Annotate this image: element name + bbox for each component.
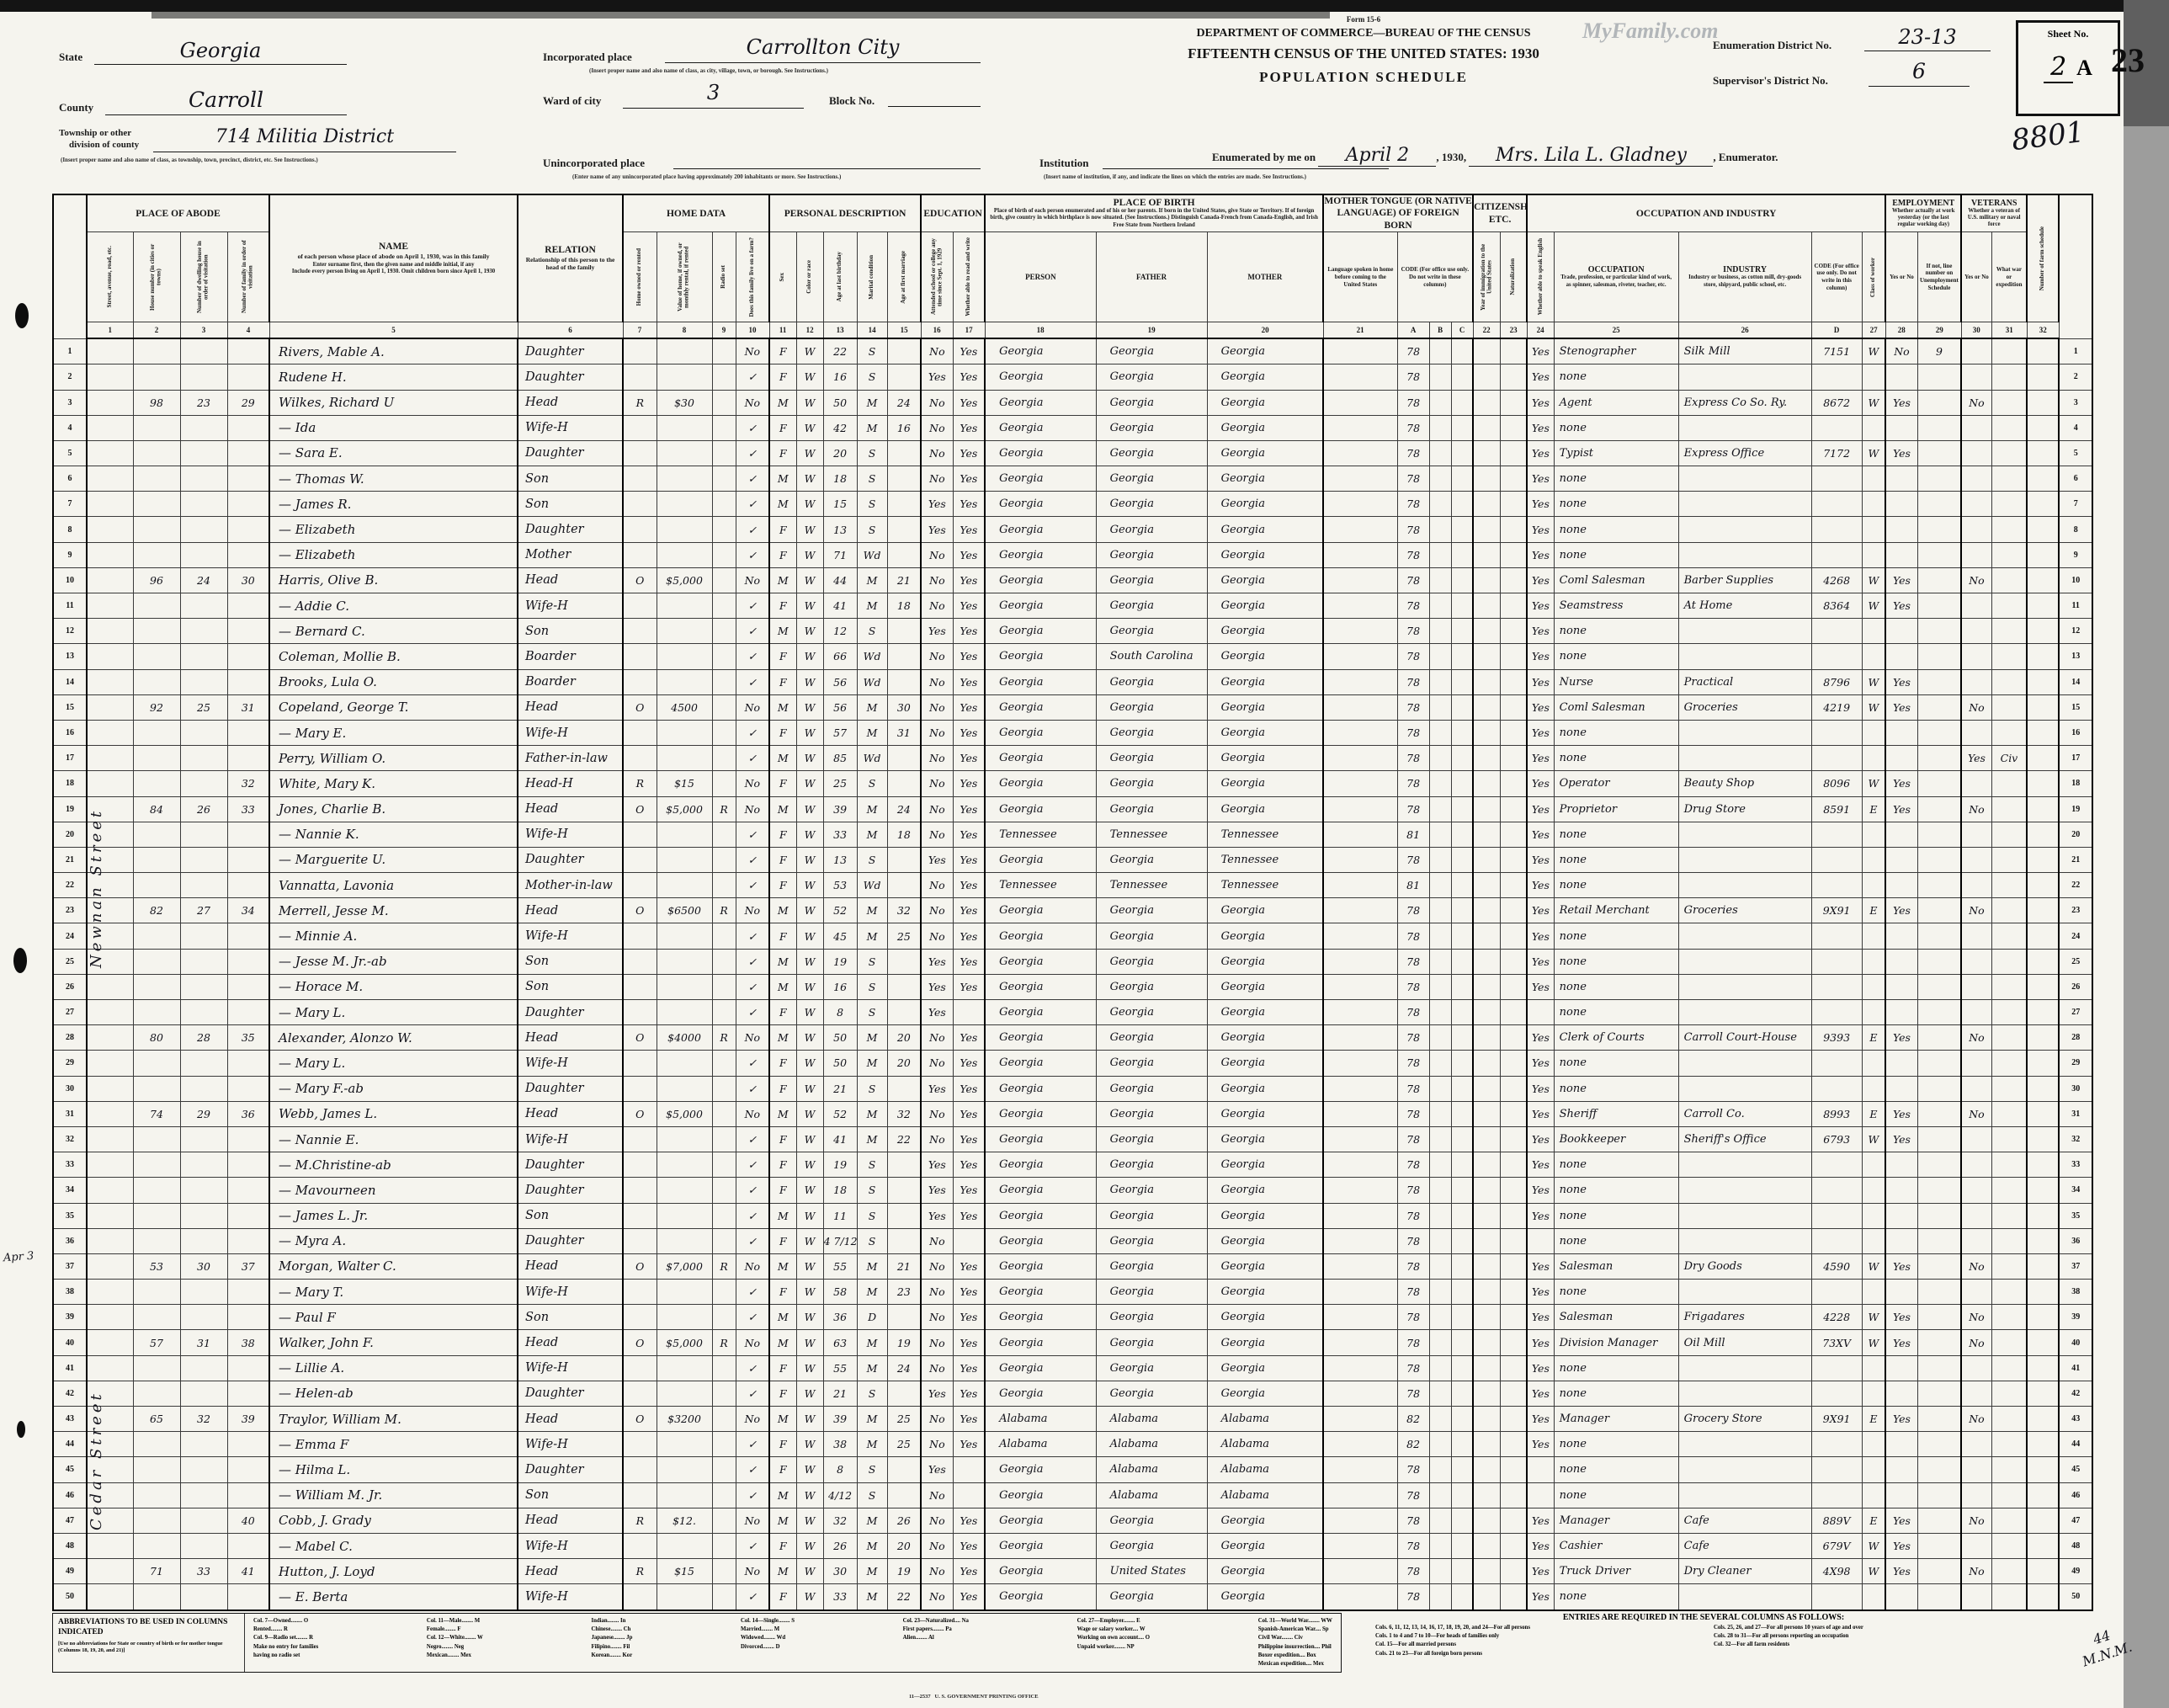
cell [2027, 873, 2059, 898]
cell: Yes [1527, 1355, 1554, 1381]
table-row: 20— Nannie K.Wife-H✓FW33M18NoYesTennesse… [53, 822, 2092, 847]
cell [1811, 1076, 1862, 1101]
cell: M [857, 1559, 887, 1584]
cell [1451, 1355, 1473, 1381]
cell [1917, 1482, 1961, 1508]
cell: W [796, 746, 823, 771]
cell [1862, 1178, 1885, 1203]
cell: Georgia [1207, 1051, 1323, 1076]
cell: No [736, 1330, 769, 1355]
cell: Yes [953, 1280, 985, 1305]
cell: — Elizabeth [269, 517, 518, 542]
cell [1473, 923, 1500, 949]
cell: — E. Berta [269, 1584, 518, 1610]
cell: Georgia [1096, 746, 1207, 771]
cell [1811, 1457, 1862, 1482]
cell: Georgia [985, 1355, 1096, 1381]
cell: 1 [53, 338, 87, 364]
cell: F [769, 1381, 796, 1406]
cell: 26 [823, 1533, 857, 1558]
cell [1991, 567, 2027, 593]
sup-district-line: 6 [1869, 59, 1970, 87]
cell [1991, 720, 2027, 745]
group-personal-description: PERSONAL DESCRIPTION [769, 194, 921, 232]
cell [1885, 619, 1917, 644]
cell: W [1862, 338, 1885, 364]
cell: Georgia [1207, 1381, 1323, 1406]
cell [87, 1178, 133, 1203]
cell [1811, 746, 1862, 771]
cell [1473, 694, 1500, 720]
cell: M [769, 949, 796, 974]
cell [1991, 1203, 2027, 1228]
column-home-value: Value of home, if owned, or monthly rent… [657, 232, 712, 322]
cell: F [769, 771, 796, 796]
cell: W [796, 669, 823, 694]
cell: M [769, 1407, 796, 1432]
column-age-first-marriage: Age at first marriage [887, 232, 921, 322]
cell [1323, 1584, 1397, 1610]
cell: Yes [953, 771, 985, 796]
cell [1885, 1432, 1917, 1457]
cell: No [921, 1025, 953, 1051]
cell: 92 [133, 694, 180, 720]
cell: Yes [1527, 440, 1554, 466]
cell: $5,000 [657, 1330, 712, 1355]
table-row: 21— Marguerite U.Daughter✓FW13SYesYesGeo… [53, 847, 2092, 872]
ward-line: 3 [623, 81, 804, 109]
cell [1885, 1381, 1917, 1406]
cell [1991, 1482, 2027, 1508]
county-label: County [59, 101, 93, 114]
cell [1473, 1000, 1500, 1025]
cell: 42 [53, 1381, 87, 1406]
column-number: 25 [1554, 322, 1678, 339]
employment-title: EMPLOYMENT [1886, 199, 1960, 208]
cell [180, 619, 227, 644]
margin-date-note: Apr 3 [3, 1250, 35, 1264]
cell: 50 [823, 1025, 857, 1051]
cell [1451, 1101, 1473, 1126]
cell [1991, 694, 2027, 720]
cell: Yes [921, 517, 953, 542]
cell [1811, 1203, 1862, 1228]
cell: Georgia [1207, 974, 1323, 999]
cell: No [921, 720, 953, 745]
cell: 78 [1397, 338, 1429, 364]
cell [1451, 1432, 1473, 1457]
column-number: D [1811, 322, 1862, 339]
cell: Yes [953, 1126, 985, 1152]
column-number-row: 123456789101112131415161718192021ABC2223… [53, 322, 2092, 339]
cell [712, 720, 736, 745]
table-row: 50— E. BertaWife-H✓FW33M22NoYesGeorgiaGe… [53, 1584, 2092, 1610]
cell: S [857, 517, 887, 542]
cell: W [796, 567, 823, 593]
cell [2027, 694, 2059, 720]
cell: 8591 [1811, 796, 1862, 822]
cell: 29 [180, 1101, 227, 1126]
cell [887, 338, 921, 364]
cell: W [1862, 593, 1885, 619]
cell: 78 [1397, 1203, 1429, 1228]
cell [180, 1305, 227, 1330]
cell [1811, 1178, 1862, 1203]
cell [1429, 923, 1451, 949]
cell: $5,000 [657, 1101, 712, 1126]
cell: — Mary T. [269, 1280, 518, 1305]
cell: 50 [823, 1051, 857, 1076]
cell: 20 [887, 1051, 921, 1076]
cell: W [1862, 771, 1885, 796]
cell [1323, 1457, 1397, 1482]
cell: Yes [953, 796, 985, 822]
cell: 34 [227, 898, 269, 923]
cell [180, 771, 227, 796]
cell: Yes [1527, 1432, 1554, 1457]
cell: Georgia [985, 542, 1096, 567]
cell: W [1862, 669, 1885, 694]
cell [1473, 466, 1500, 492]
cell [1917, 1584, 1961, 1610]
cell: Wife-H [518, 1584, 623, 1610]
cell: Georgia [1096, 949, 1207, 974]
cell: W [796, 644, 823, 669]
cell [953, 1482, 985, 1508]
cell [1451, 1330, 1473, 1355]
cell: Yes [1527, 517, 1554, 542]
cell: Georgia [1207, 1076, 1323, 1101]
cell: 27 [2059, 1000, 2092, 1025]
cell: 78 [1397, 415, 1429, 440]
form-number: Form 15-6 [1178, 15, 1549, 24]
cell [623, 1305, 657, 1330]
cell: 32 [887, 1101, 921, 1126]
cell [1678, 1432, 1811, 1457]
cell [1862, 492, 1885, 517]
cell: Georgia [1207, 720, 1323, 745]
cell: Yes [1527, 364, 1554, 390]
cell [2027, 949, 2059, 974]
cell: — Thomas W. [269, 466, 518, 492]
cell: — Horace M. [269, 974, 518, 999]
cell [1473, 1152, 1500, 1178]
cell: Walker, John F. [269, 1330, 518, 1355]
cell [1961, 440, 1991, 466]
cell: 65 [133, 1407, 180, 1432]
cell [227, 923, 269, 949]
cell: 78 [1397, 1101, 1429, 1126]
cell: Wd [857, 669, 887, 694]
cell [953, 1228, 985, 1253]
cell: 13 [2059, 644, 2092, 669]
cell: Georgia [985, 1076, 1096, 1101]
punch-mark [13, 948, 27, 973]
cell: Wife-H [518, 1432, 623, 1457]
cell [1429, 1432, 1451, 1457]
cell: 30 [53, 1076, 87, 1101]
cell [1885, 822, 1917, 847]
cell: Alexander, Alonzo W. [269, 1025, 518, 1051]
cell [1323, 1025, 1397, 1051]
cell [953, 1000, 985, 1025]
cell [2027, 1508, 2059, 1533]
cell: none [1554, 1482, 1678, 1508]
cell: 78 [1397, 567, 1429, 593]
cell [623, 1076, 657, 1101]
cell [1500, 746, 1527, 771]
cell: 18 [2059, 771, 2092, 796]
cell: No [921, 923, 953, 949]
cell [1917, 771, 1961, 796]
cell: Georgia [1096, 1305, 1207, 1330]
cell [227, 974, 269, 999]
cell: O [623, 1253, 657, 1279]
cell: ✓ [736, 1152, 769, 1178]
cell [1500, 338, 1527, 364]
cell: 13 [823, 847, 857, 872]
cell [2027, 619, 2059, 644]
cell: none [1554, 1228, 1678, 1253]
table-body: 1Rivers, Mable A.DaughterNoFW22SNoYesGeo… [53, 338, 2092, 1610]
cell [712, 1076, 736, 1101]
cell: — Ida [269, 415, 518, 440]
cell [1862, 822, 1885, 847]
cell: Yes [953, 517, 985, 542]
cell [623, 644, 657, 669]
cell: none [1554, 720, 1678, 745]
cell: 8 [823, 1000, 857, 1025]
cell: Georgia [1207, 619, 1323, 644]
cell: 41 [823, 593, 857, 619]
group-relation: RELATION Relationship of this person to … [518, 194, 623, 322]
column-radio: Radio set [712, 232, 736, 322]
cell [1961, 1432, 1991, 1457]
cell [712, 873, 736, 898]
cell [657, 923, 712, 949]
cell: ✓ [736, 1381, 769, 1406]
cell: No [736, 771, 769, 796]
cell: Head [518, 1330, 623, 1355]
cell: 38 [2059, 1280, 2092, 1305]
cell [1991, 923, 2027, 949]
cell: Groceries [1678, 694, 1811, 720]
cell: Yes [1527, 1280, 1554, 1305]
entries-required-list: Cols. 6, 11, 12, 13, 14, 16, 17, 18, 19,… [1375, 1624, 2032, 1658]
cell: Georgia [1207, 1178, 1323, 1203]
cell [1991, 338, 2027, 364]
cell: 8 [53, 517, 87, 542]
cell [133, 1482, 180, 1508]
cell: 16 [823, 364, 857, 390]
cell [657, 873, 712, 898]
cell: R [712, 1330, 736, 1355]
cell [657, 746, 712, 771]
cell: 18 [823, 1178, 857, 1203]
cell: 25 [887, 1407, 921, 1432]
cell: none [1554, 847, 1678, 872]
cell: Yes [1885, 593, 1917, 619]
cell [1917, 593, 1961, 619]
cell [1323, 1559, 1397, 1584]
cell [133, 771, 180, 796]
line-number-column-header-right [2059, 194, 2092, 338]
cell [1991, 873, 2027, 898]
cell [623, 974, 657, 999]
cell [1885, 746, 1917, 771]
cell [1678, 923, 1811, 949]
cell: 25 [2059, 949, 2092, 974]
cell: 21 [823, 1381, 857, 1406]
column-number: 23 [1500, 322, 1527, 339]
cell: Georgia [1096, 415, 1207, 440]
cell [1991, 669, 2027, 694]
cell [1429, 720, 1451, 745]
table-row: 8— ElizabethDaughter✓FW13SYesYesGeorgiaG… [53, 517, 2092, 542]
cell: Agent [1554, 390, 1678, 415]
cell [227, 1280, 269, 1305]
cell: Yes [1527, 644, 1554, 669]
cell [887, 1482, 921, 1508]
cell [1451, 796, 1473, 822]
cell [712, 1508, 736, 1533]
cell [1429, 898, 1451, 923]
cell: Coml Salesman [1554, 694, 1678, 720]
cell [2027, 898, 2059, 923]
cell [1991, 898, 2027, 923]
cell [1961, 517, 1991, 542]
cell [180, 1508, 227, 1533]
cell: No [736, 390, 769, 415]
cell: No [1961, 1253, 1991, 1279]
cell [2027, 517, 2059, 542]
cell: 36 [53, 1228, 87, 1253]
cell [1323, 694, 1397, 720]
cell [1678, 644, 1811, 669]
cell [887, 1228, 921, 1253]
column-number: 6 [518, 322, 623, 339]
cell [1323, 619, 1397, 644]
cell [1429, 1381, 1451, 1406]
cell: W [1862, 440, 1885, 466]
cell: S [857, 1152, 887, 1178]
cell: none [1554, 1355, 1678, 1381]
cell: M [857, 898, 887, 923]
cell: Yes [1885, 1508, 1917, 1533]
cell [1678, 847, 1811, 872]
cell [180, 1203, 227, 1228]
cell: 78 [1397, 771, 1429, 796]
group-name: NAME of each person whose place of abode… [269, 194, 518, 322]
table-row: 13Coleman, Mollie B.Boarder✓FW66WdNoYesG… [53, 644, 2092, 669]
cell: Yes [953, 1559, 985, 1584]
cell: Father-in-law [518, 746, 623, 771]
cell: W [1862, 567, 1885, 593]
cell: Typist [1554, 440, 1678, 466]
cell [1961, 1178, 1991, 1203]
cell: F [769, 1076, 796, 1101]
cell: Hutton, J. Loyd [269, 1559, 518, 1584]
cell: W [796, 1407, 823, 1432]
cell: 32 [53, 1126, 87, 1152]
cell: M [769, 466, 796, 492]
column-sex: Sex [769, 232, 796, 322]
cell [87, 338, 133, 364]
cell: Tennessee [1096, 822, 1207, 847]
cell: ✓ [736, 720, 769, 745]
cell [1991, 1508, 2027, 1533]
cell: 78 [1397, 974, 1429, 999]
cell [623, 1228, 657, 1253]
cell: W [796, 1178, 823, 1203]
cell: 2 [53, 364, 87, 390]
cell: 24 [887, 390, 921, 415]
cell: No [921, 593, 953, 619]
cell [1991, 1178, 2027, 1203]
cell [1862, 720, 1885, 745]
cell [1917, 923, 1961, 949]
cell [1811, 542, 1862, 567]
cell [1473, 771, 1500, 796]
cell [1885, 644, 1917, 669]
cell [1991, 1559, 2027, 1584]
cell [1917, 415, 1961, 440]
cell [180, 1584, 227, 1610]
table-row: 25— Jesse M. Jr.-abSon✓MW19SYesYesGeorgi… [53, 949, 2092, 974]
cell: W [796, 1152, 823, 1178]
cell: 24 [887, 796, 921, 822]
cell [1473, 1126, 1500, 1152]
cell: W [1862, 1533, 1885, 1558]
cell: 78 [1397, 440, 1429, 466]
cell [1323, 1407, 1397, 1432]
cell [1500, 822, 1527, 847]
cell [657, 492, 712, 517]
cell: No [921, 1305, 953, 1330]
cell: 8364 [1811, 593, 1862, 619]
cell [712, 669, 736, 694]
cell: 4500 [657, 694, 712, 720]
column-number: 18 [985, 322, 1096, 339]
cell [1885, 923, 1917, 949]
cell [1323, 338, 1397, 364]
cell: Georgia [985, 466, 1096, 492]
cell: 36 [2059, 1228, 2092, 1253]
cell: 78 [1397, 1457, 1429, 1482]
cell: Salesman [1554, 1305, 1678, 1330]
cell: Georgia [1207, 542, 1323, 567]
cell: No [921, 771, 953, 796]
cell [2027, 974, 2059, 999]
pob-desc: Place of birth of each person enumerated… [986, 208, 1322, 228]
cell [180, 822, 227, 847]
cell [1429, 1253, 1451, 1279]
cell [2027, 466, 2059, 492]
cell [1323, 771, 1397, 796]
cell: Cafe [1678, 1533, 1811, 1558]
cell: Georgia [1207, 390, 1323, 415]
cell: At Home [1678, 593, 1811, 619]
cell [1991, 822, 2027, 847]
column-birthplace-father: FATHER [1096, 232, 1207, 322]
cell: 8796 [1811, 669, 1862, 694]
cell: Yes [953, 746, 985, 771]
cell: Son [518, 619, 623, 644]
punch-mark [15, 303, 29, 328]
cell: Georgia [1207, 415, 1323, 440]
cell [657, 1178, 712, 1203]
cell: Harris, Olive B. [269, 567, 518, 593]
